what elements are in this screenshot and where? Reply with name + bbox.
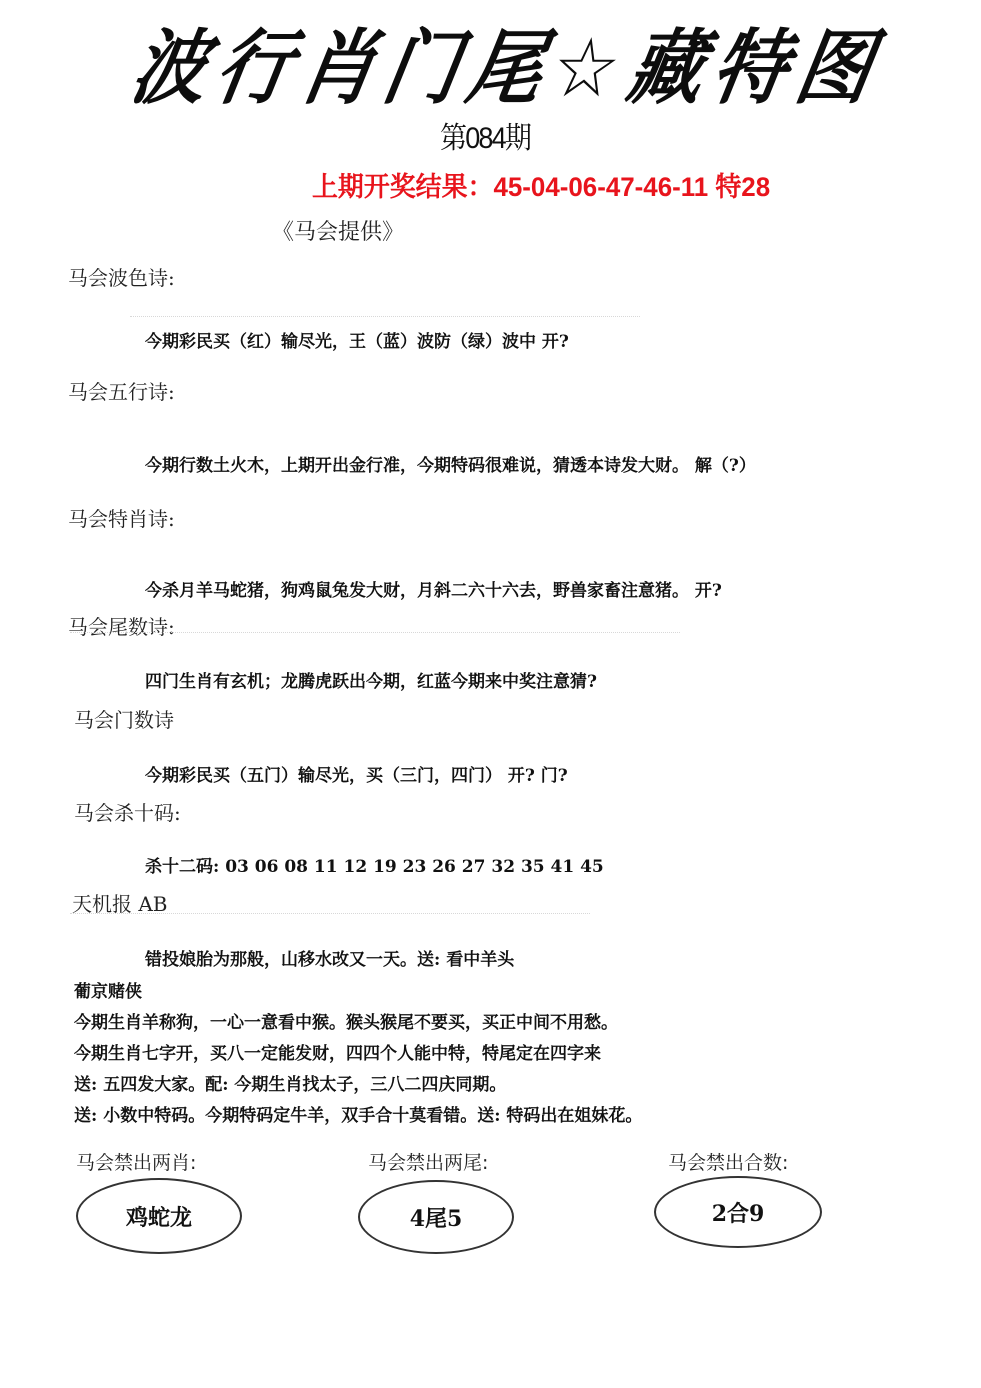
provider-label: 《马会提供》 [272,215,404,246]
banner-title: 波行肖门尾☆藏特图 [126,28,889,109]
poem-tail-number: 四门生肖有玄机；龙腾虎跃出今期，红蓝今期来中奖注意猜? [145,667,597,692]
ban-label-tail: 马会禁出两尾: [368,1148,488,1175]
poem-door-number: 今期彩民买（五门）输尽光，买（三门，四门） 开? 门? [145,761,568,786]
ban-label-sum: 马会禁出合数: [668,1148,788,1175]
ban-oval-zodiac: 鸡蛇龙 [76,1178,242,1254]
section-label-five-elements: 马会五行诗: [68,376,175,405]
ban-value-zodiac: 鸡蛇龙 [126,1201,192,1232]
divider [70,632,680,635]
last-result-label: 上期开奖结果： [312,172,493,202]
last-result-numbers: 45-04-06-47-46-11 [493,172,708,202]
last-result: 上期开奖结果：45-04-06-47-46-11 特28 [312,165,770,204]
pujing-line: 送: 五四发大家。配: 今期生肖找太子，三八二四庆同期。 [74,1070,506,1095]
ban-oval-tail: 4尾5 [358,1180,514,1254]
section-label-tail-number: 马会尾数诗: [68,611,175,640]
ban-value-sum: 2合9 [712,1197,765,1228]
poem-special-zodiac: 今杀月羊马蛇猪，狗鸡鼠兔发大财，月斜二六十六去，野兽家畜注意猪。 开? [145,576,722,601]
section-label-special-zodiac: 马会特肖诗: [68,503,175,532]
divider [70,913,590,916]
poem-wave-color: 今期彩民买（红）输尽光，王（蓝）波防（绿）波中 开? [145,327,569,352]
divider [130,316,640,319]
last-result-special: 特28 [715,172,770,202]
poem-five-elements: 今期行数土火木，上期开出金行准，今期特码很难说，猜透本诗发大财。 解（?） [145,451,756,476]
ban-value-tail: 4尾5 [410,1202,463,1233]
pujing-line: 今期生肖羊称狗，一心一意看中猴。猴头猴尾不要买，买正中间不用愁。 [74,1008,618,1033]
ban-oval-sum: 2合9 [654,1176,822,1248]
section-label-door-number: 马会门数诗 [74,704,174,733]
poem-tianjibao: 错投娘胎为那般，山移水改又一天。送: 看中羊头 [145,945,514,970]
kill-numbers-list: 杀十二码: 03 06 08 11 12 19 23 26 27 32 35 4… [145,852,604,877]
section-label-pujing: 葡京赌侠 [74,977,142,1002]
section-label-kill-numbers: 马会杀十码: [74,797,181,826]
issue-number: 第084期 [440,113,530,157]
pujing-line: 今期生肖七字开，买八一定能发财，四四个人能中特，特尾定在四字来 [74,1039,601,1064]
ban-label-zodiac: 马会禁出两肖: [76,1148,196,1175]
section-label-wave-color: 马会波色诗: [68,262,175,291]
pujing-line: 送: 小数中特码。今期特码定牛羊，双手合十莫看错。送: 特码出在姐妹花。 [74,1101,642,1126]
